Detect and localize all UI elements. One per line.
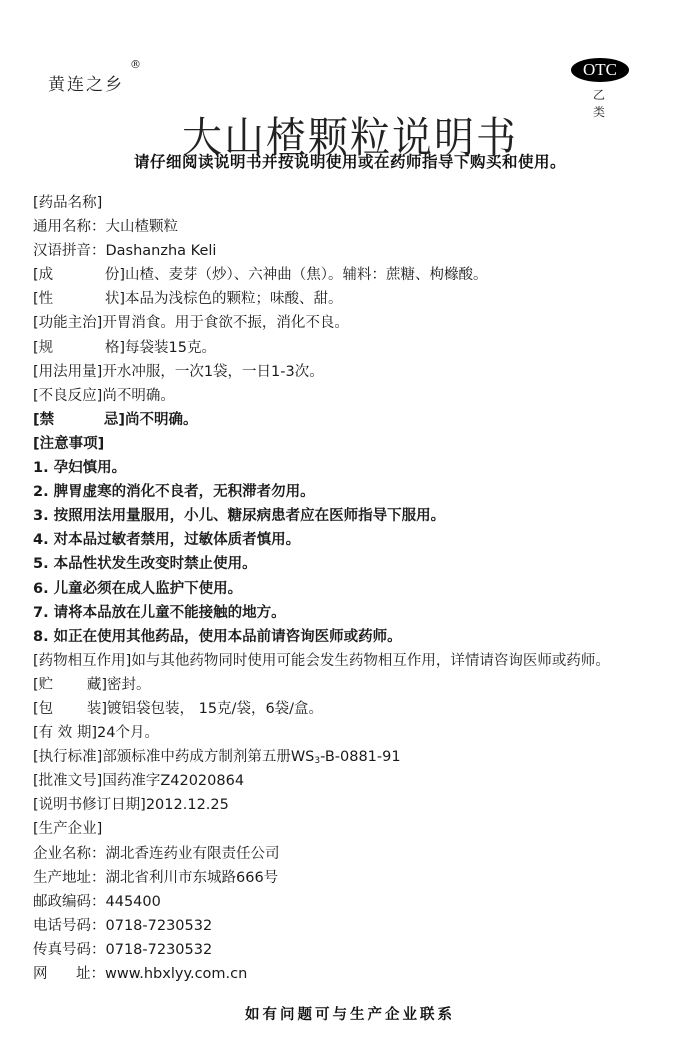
standard-value-suffix: -B-0881-91 (320, 749, 400, 765)
label-part: [包 (33, 701, 53, 717)
precaution-item: 2. 脾胃虚寒的消化不良者，无积滞者勿用。 (33, 480, 690, 504)
section-precautions: [注意事项] (33, 432, 690, 456)
contraindications-value: 尚不明确。 (125, 412, 198, 428)
label-part: 网 (33, 966, 48, 982)
website-value: www.hbxlyy.com.cn (105, 966, 247, 982)
label-part: [性 (33, 291, 53, 307)
section-manufacturer: [生产企业] (33, 817, 690, 841)
address-label: 生产地址： (33, 870, 106, 886)
packaging-label: [包装] (33, 697, 107, 721)
label-part: [规 (33, 340, 53, 356)
company-name-row: 企业名称：湖北香连药业有限责任公司 (33, 842, 690, 866)
adverse-reactions-row: [不良反应]尚不明确。 (33, 384, 690, 408)
company-name-value: 湖北香连药业有限责任公司 (106, 846, 280, 862)
indications-row: [功能主治]开胃消食。用于食欲不振，消化不良。 (33, 311, 690, 335)
website-label: 网址： (33, 962, 105, 986)
dosage-row: [用法用量]开水冲服，一次1袋，一日1-3次。 (33, 360, 690, 384)
precaution-item: 3. 按照用法用量服用，小儿、糖尿病患者应在医师指导下服用。 (33, 504, 690, 528)
label-part: 份] (105, 263, 125, 287)
adverse-reactions-label: [不良反应] (33, 388, 102, 404)
ingredients-label: [成份] (33, 263, 125, 287)
ingredients-value: 山楂、麦芽（炒）、六神曲（焦）。辅料：蔗糖、枸橼酸。 (125, 267, 488, 283)
dosage-value: 开水冲服，一次1袋，一日1-3次。 (102, 364, 323, 380)
precaution-item: 1. 孕妇慎用。 (33, 456, 690, 480)
interactions-row: [药物相互作用]如与其他药物同时使用可能会发生药物相互作用，详情请咨询医师或药师… (33, 649, 690, 673)
standard-value-prefix: 部颁标准中药成方制剂第五册WS (102, 749, 314, 765)
interactions-label: [药物相互作用] (33, 653, 131, 669)
fax-row: 传真号码：0718-7230532 (33, 938, 690, 962)
revision-date-label: [说明书修订日期] (33, 797, 146, 813)
ingredients-row: [成份]山楂、麦芽（炒）、六神曲（焦）。辅料：蔗糖、枸橼酸。 (33, 263, 690, 287)
label-part: [贮 (33, 677, 53, 693)
phone-label: 电话号码： (33, 918, 106, 934)
label-part: 藏] (87, 673, 107, 697)
registered-mark: ® (130, 58, 141, 71)
precaution-item: 8. 如正在使用其他药品，使用本品前请咨询医师或药师。 (33, 625, 690, 649)
interactions-value: 如与其他药物同时使用可能会发生药物相互作用，详情请咨询医师或药师。 (131, 653, 610, 669)
label-part: [成 (33, 267, 53, 283)
validity-row: [有 效 期]24个月。 (33, 721, 690, 745)
dosage-label: [用法用量] (33, 364, 102, 380)
label-part: [禁 (33, 412, 54, 428)
standard-label: [执行标准] (33, 749, 102, 765)
label-part: 状] (105, 287, 125, 311)
approval-label: [批准文号] (33, 773, 102, 789)
storage-label: [贮藏] (33, 673, 107, 697)
address-value: 湖北省利川市东城路666号 (106, 870, 279, 886)
brand-logo: 黄连之乡 ® (48, 70, 124, 95)
website-row: 网址：www.hbxlyy.com.cn (33, 962, 690, 986)
page-subtitle: 请仔细阅读说明书并按说明使用或在药师指导下购买和使用。 (0, 150, 700, 172)
specification-row: [规格]每袋装15克。 (33, 336, 690, 360)
standard-row: [执行标准]部颁标准中药成方制剂第五册WS3-B-0881-91 (33, 745, 690, 769)
label-part: 址： (76, 962, 105, 986)
validity-label: [有 效 期] (33, 725, 97, 741)
validity-value: 24个月。 (97, 725, 159, 741)
precaution-item: 5. 本品性状发生改变时禁止使用。 (33, 552, 690, 576)
packaging-value: 镀铝袋包装， 15克/袋，6袋/盒。 (107, 701, 323, 717)
address-row: 生产地址：湖北省利川市东城路666号 (33, 866, 690, 890)
label-part: 装] (87, 697, 107, 721)
specification-value: 每袋装15克。 (125, 340, 216, 356)
adverse-reactions-value: 尚不明确。 (102, 388, 175, 404)
pinyin-label: 汉语拼音： (33, 243, 106, 259)
contraindications-row: [禁忌]尚不明确。 (33, 408, 690, 432)
properties-row: [性状]本品为浅棕色的颗粒；味酸、甜。 (33, 287, 690, 311)
storage-value: 密封。 (107, 677, 151, 693)
generic-name-row: 通用名称：大山楂颗粒 (33, 215, 690, 239)
packaging-row: [包装]镀铝袋包装， 15克/袋，6袋/盒。 (33, 697, 690, 721)
brand-name: 黄连之乡 (48, 75, 124, 95)
indications-label: [功能主治] (33, 315, 102, 331)
section-drug-name: [药品名称] (33, 191, 690, 215)
fax-label: 传真号码： (33, 942, 106, 958)
generic-name-label: 通用名称： (33, 219, 106, 235)
postcode-value: 445400 (106, 894, 161, 910)
revision-date-value: 2012.12.25 (146, 797, 229, 813)
company-name-label: 企业名称： (33, 846, 106, 862)
precaution-item: 7. 请将本品放在儿童不能接触的地方。 (33, 601, 690, 625)
contraindications-label: [禁忌] (33, 408, 125, 432)
otc-badge: OTC (571, 58, 629, 82)
pinyin-value: Dashanzha Keli (106, 243, 217, 259)
postcode-label: 邮政编码： (33, 894, 106, 910)
precaution-item: 6. 儿童必须在成人监护下使用。 (33, 577, 690, 601)
indications-value: 开胃消食。用于食欲不振，消化不良。 (102, 315, 349, 331)
precaution-item: 4. 对本品过敏者禁用，过敏体质者慎用。 (33, 528, 690, 552)
pinyin-row: 汉语拼音：Dashanzha Keli (33, 239, 690, 263)
specification-label: [规格] (33, 336, 125, 360)
approval-row: [批准文号]国药准字Z42020864 (33, 769, 690, 793)
phone-value: 0718-7230532 (106, 918, 213, 934)
label-part: 忌] (104, 408, 125, 432)
storage-row: [贮藏]密封。 (33, 673, 690, 697)
properties-label: [性状] (33, 287, 125, 311)
phone-row: 电话号码：0718-7230532 (33, 914, 690, 938)
footer-contact-note: 如有问题可与生产企业联系 (0, 1003, 700, 1024)
postcode-row: 邮政编码：445400 (33, 890, 690, 914)
generic-name-value: 大山楂颗粒 (106, 219, 179, 235)
label-part: 格] (105, 336, 125, 360)
properties-value: 本品为浅棕色的颗粒；味酸、甜。 (125, 291, 343, 307)
fax-value: 0718-7230532 (106, 942, 213, 958)
leaflet-body: [药品名称] 通用名称：大山楂颗粒 汉语拼音：Dashanzha Keli [成… (33, 191, 690, 986)
approval-value: 国药准字Z42020864 (102, 773, 244, 789)
revision-date-row: [说明书修订日期]2012.12.25 (33, 793, 690, 817)
